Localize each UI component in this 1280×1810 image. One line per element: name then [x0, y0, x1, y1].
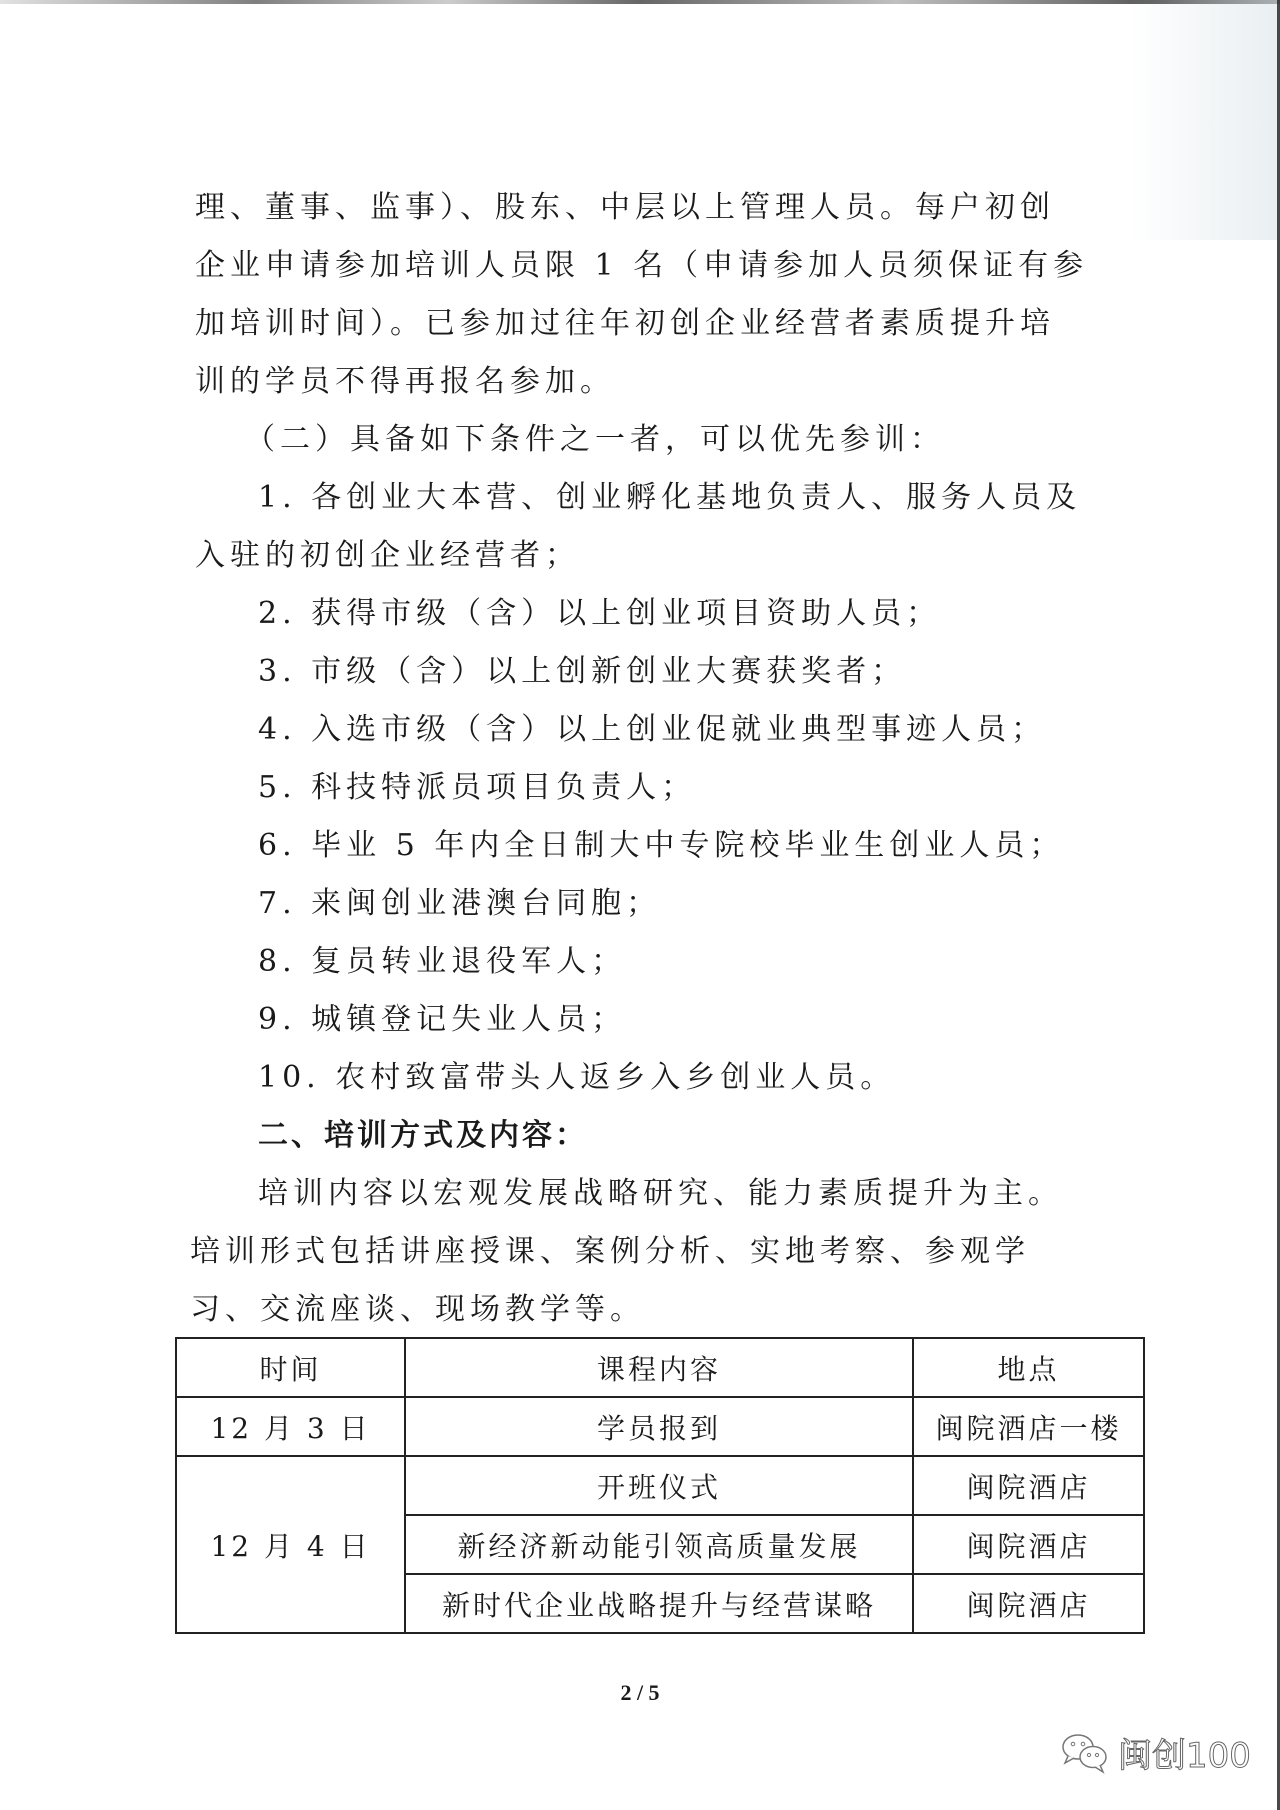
priority-item: 5. 科技特派员项目负责人； — [258, 768, 696, 808]
cell-content: 新经济新动能引领高质量发展 — [405, 1515, 913, 1574]
cell-content: 新时代企业战略提升与经营谋略 — [405, 1574, 913, 1633]
cell-location: 闽院酒店一楼 — [913, 1397, 1144, 1456]
body-text-line: 理、董事、监事）、股东、中层以上管理人员。每户初创 — [195, 188, 1055, 228]
table-row: 12 月 4 日 开班仪式 闽院酒店 — [176, 1456, 1144, 1515]
table-row: 12 月 3 日 学员报到 闽院酒店一楼 — [176, 1397, 1144, 1456]
header-location: 地点 — [913, 1338, 1144, 1397]
body-text-line: 企业申请参加培训人员限 1 名（申请参加人员须保证有参 — [195, 246, 1088, 286]
document-page: 理、董事、监事）、股东、中层以上管理人员。每户初创 企业申请参加培训人员限 1 … — [0, 0, 1280, 1810]
priority-item: 入驻的初创企业经营者； — [195, 536, 580, 576]
cell-content: 开班仪式 — [405, 1456, 913, 1515]
body-text-line: 培训形式包括讲座授课、案例分析、实地考察、参观学 — [190, 1232, 1030, 1272]
subsection-heading: （二）具备如下条件之一者，可以优先参训： — [245, 420, 945, 460]
cell-location: 闽院酒店 — [913, 1456, 1144, 1515]
header-content: 课程内容 — [405, 1338, 913, 1397]
cell-location: 闽院酒店 — [913, 1574, 1144, 1633]
priority-item: 7. 来闽创业港澳台同胞； — [258, 884, 661, 924]
wechat-icon — [1060, 1731, 1110, 1775]
priority-item: 10. 农村致富带头人返乡入乡创业人员。 — [258, 1058, 895, 1098]
body-text-line: 培训内容以宏观发展战略研究、能力素质提升为主。 — [258, 1174, 1063, 1214]
header-time: 时间 — [176, 1338, 405, 1397]
priority-item: 2. 获得市级（含）以上创业项目资助人员； — [258, 594, 941, 634]
cell-date: 12 月 4 日 — [176, 1456, 405, 1633]
watermark: 闽创100 — [1060, 1728, 1251, 1777]
schedule-table: 时间 课程内容 地点 12 月 3 日 学员报到 闽院酒店一楼 12 月 4 日… — [175, 1337, 1145, 1634]
cell-location: 闽院酒店 — [913, 1515, 1144, 1574]
watermark-text: 闽创100 — [1118, 1728, 1251, 1777]
body-text-line: 加培训时间）。已参加过往年初创企业经营者素质提升培 — [195, 304, 1055, 344]
priority-item: 8. 复员转业退役军人； — [258, 942, 626, 982]
cell-content: 学员报到 — [405, 1397, 913, 1456]
body-text-line: 习、交流座谈、现场教学等。 — [190, 1290, 645, 1330]
cell-date: 12 月 3 日 — [176, 1397, 405, 1456]
priority-item: 3. 市级（含）以上创新创业大赛获奖者； — [258, 652, 906, 692]
priority-item: 9. 城镇登记失业人员； — [258, 1000, 626, 1040]
priority-item: 6. 毕业 5 年内全日制大中专院校毕业生创业人员； — [258, 826, 1064, 866]
priority-item: 1. 各创业大本营、创业孵化基地负责人、服务人员及 — [258, 478, 1081, 518]
table-header-row: 时间 课程内容 地点 — [176, 1338, 1144, 1397]
section-heading: 二、培训方式及内容： — [258, 1116, 588, 1156]
page-number: 2 / 5 — [0, 1680, 1280, 1706]
body-text-line: 训的学员不得再报名参加。 — [195, 362, 615, 402]
priority-item: 4. 入选市级（含）以上创业促就业典型事迹人员； — [258, 710, 1046, 750]
